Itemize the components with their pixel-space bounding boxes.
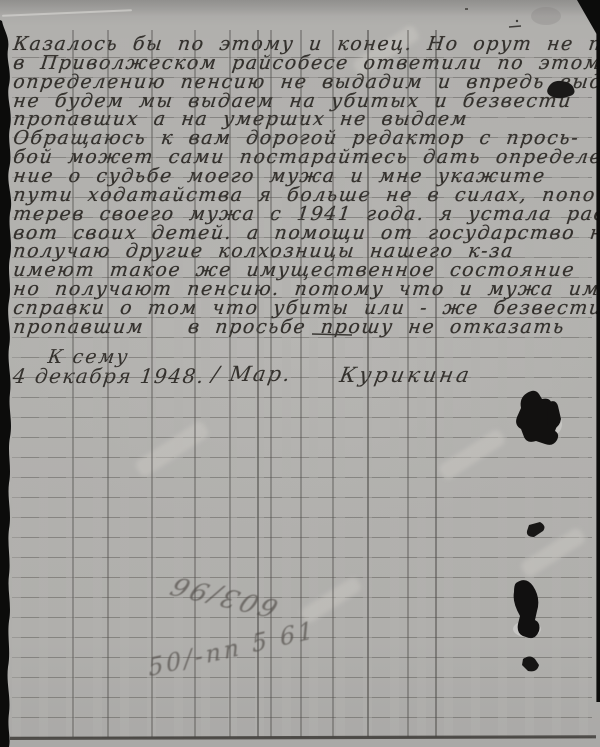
- page-bottom-rule: [10, 735, 596, 740]
- paper-stain: [531, 7, 561, 25]
- ink-blot-hole-3: [513, 580, 541, 638]
- ledger-column-lines: [73, 30, 436, 737]
- ink-blot-hole-1: [516, 391, 562, 445]
- emphasis-underline: [312, 334, 352, 335]
- scan-artifacts-layer: [0, 0, 600, 747]
- paper-speck: [465, 8, 468, 10]
- ink-blot-on-text: [547, 81, 574, 98]
- right-edge-strip: [596, 0, 600, 702]
- small-pencil-mark: [509, 20, 521, 27]
- scanned-letter-page: Казалось бы по этому и конец. Но орут не…: [0, 0, 600, 747]
- torn-left-edge: [0, 20, 11, 747]
- ink-blot-4: [522, 657, 539, 672]
- ink-blot-2: [527, 522, 545, 537]
